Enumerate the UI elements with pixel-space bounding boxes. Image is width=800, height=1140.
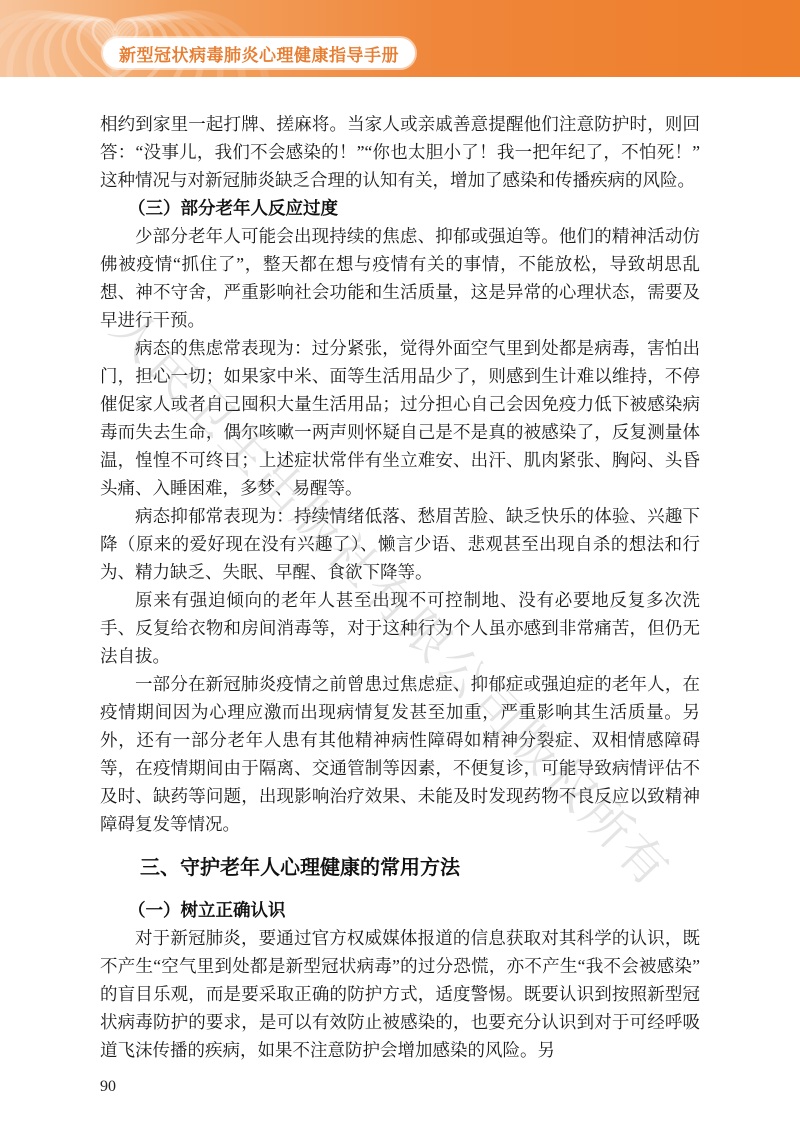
heading-protection-methods: 三、守护老年人心理健康的常用方法	[100, 854, 700, 882]
handbook-page: 新型冠状病毒肺炎心理健康指导手册 相约到家里一起打牌、搓麻将。当家人或亲戚善意提…	[0, 0, 800, 1140]
paragraph-pathological-depression: 病态抑郁常表现为：持续情绪低落、愁眉苦脸、缺乏快乐的体验、兴趣下降（原来的爱好现…	[100, 502, 700, 586]
paragraph-compulsive-behavior: 原来有强迫倾向的老年人甚至出现不可控制地、没有必要地反复多次洗手、反复给衣物和房…	[100, 586, 700, 670]
page-number: 90	[100, 1078, 116, 1096]
heading-overreaction: （三）部分老年人反应过度	[100, 194, 700, 222]
paragraph-overreaction: 少部分老年人可能会出现持续的焦虑、抑郁或强迫等。他们的精神活动仿佛被疫情“抓住了…	[100, 222, 700, 334]
header-band: 新型冠状病毒肺炎心理健康指导手册	[0, 0, 800, 77]
page-content: 相约到家里一起打牌、搓麻将。当家人或亲戚善意提醒他们注意防护时，则回答：“没事儿…	[100, 110, 700, 1064]
handbook-title: 新型冠状病毒肺炎心理健康指导手册	[119, 41, 399, 66]
paragraph-psychiatric-history: 一部分在新冠肺炎疫情之前曾患过焦虑症、抑郁症或强迫症的老年人，在疫情期间因为心理…	[100, 670, 700, 838]
heading-correct-awareness: （一）树立正确认识	[100, 896, 700, 924]
handbook-title-badge: 新型冠状病毒肺炎心理健康指导手册	[103, 38, 415, 68]
paragraph-pathological-anxiety: 病态的焦虑常表现为：过分紧张，觉得外面空气里到处都是病毒，害怕出门，担心一切；如…	[100, 334, 700, 502]
paragraph-correct-awareness: 对于新冠肺炎，要通过官方权威媒体报道的信息获取对其科学的认识，既不产生“空气里到…	[100, 924, 700, 1064]
paragraph-mahjong-continuation: 相约到家里一起打牌、搓麻将。当家人或亲戚善意提醒他们注意防护时，则回答：“没事儿…	[100, 110, 700, 194]
